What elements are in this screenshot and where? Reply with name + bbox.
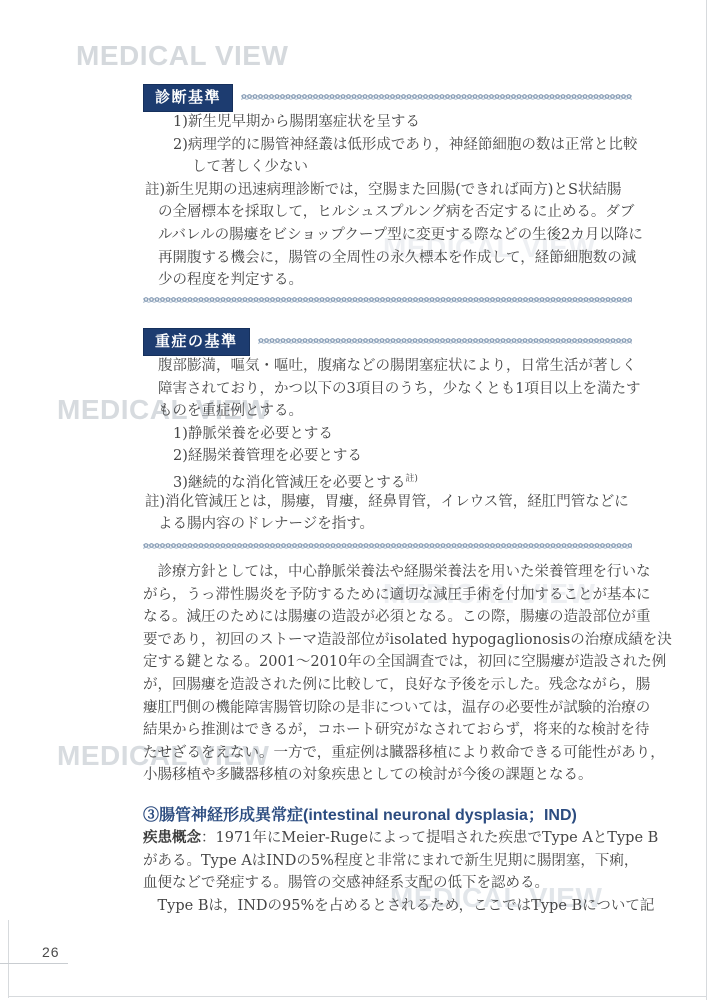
paragraph-line: 小腸移植や多臓器移植の対象疾患としての検討が今後の課題となる。 (143, 764, 643, 787)
criteria-note-line: ルバレルの腸瘻をビショップクープ型に変更する際などの生後2カ月以降に (143, 224, 643, 247)
page-edge-bottom (8, 996, 707, 997)
paragraph-line: がら，うっ滞性腸炎を予防するために適切な減圧手術を付加することが基本に (143, 584, 643, 607)
paragraph-line: なる。減圧のためには腸瘻の造設が必須となる。この際，腸瘻の造設部位が重 (143, 606, 643, 629)
criteria-note-line: 少の程度を判定する。 (143, 269, 643, 292)
diagnostic-criteria-text: 1)新生児早期から腸閉塞症状を呈する 2)病理学的に腸管神経叢は低形成であり，神… (143, 111, 643, 292)
paragraph-line-text: ：1971年にMeier-Rugeによって提唱された疾患でType AとType… (201, 830, 658, 846)
footnote-marker: 註) (405, 474, 418, 484)
chain-divider (143, 542, 632, 549)
criteria-line: 1)静脈栄養を必要とする (143, 423, 643, 446)
chain-divider (241, 93, 632, 100)
criteria-line-text: 3)継続的な消化管減圧を必要とする (173, 475, 405, 491)
paragraph-line: 疾患概念：1971年にMeier-Rugeによって提唱された疾患でType Aと… (143, 827, 643, 850)
paragraph-line: 定する鍵となる。2001～2010年の全国調査では，初回に空腸瘻が造設された例 (143, 651, 643, 674)
page-number-rule (0, 963, 68, 964)
severity-criteria-text: 腹部膨満，嘔気・嘔吐，腹痛などの腸閉塞症状により，日常生活が著しく 障害されてお… (143, 355, 643, 536)
paragraph-line: 血便などで発症する。腸管の交感神経系支配の低下を認める。 (143, 872, 643, 895)
paragraph-line: 瘻肛門側の機能障害腸管切除の是非については，温存の必要性が試験的治療の (143, 697, 643, 720)
medicalview-watermark: MEDICAL VIEW (76, 40, 288, 72)
criteria-note-line: 再開腹する機会に，腸管の全周性の永久標本を作成して，経節細胞数の減 (143, 247, 643, 270)
criteria-note-line: の全層標本を採取して，ヒルシュスプルング病を否定するに止める。ダブ (143, 201, 643, 224)
criteria-line: 腹部膨満，嘔気・嘔吐，腹痛などの腸閉塞症状により，日常生活が著しく (143, 355, 643, 378)
disease-concept-label: 疾患概念 (143, 830, 201, 846)
criteria-line: 2)病理学的に腸管神経叢は低形成であり，神経節細胞の数は正常と比較 (143, 134, 643, 157)
criteria-note-line: 註)新生児期の迅速病理診断では，空腸また回腸(できれば両方)とS状結腸 (143, 179, 643, 202)
criteria-note-line: 註)消化管減圧とは，腸瘻，胃瘻，経鼻胃管，イレウス管，経肛門管などに (143, 491, 643, 514)
criteria-line: 2)経腸栄養管理を必要とする (143, 445, 643, 468)
page-edge-right (706, 0, 707, 1000)
criteria-line: 3)継続的な消化管減圧を必要とする註) (143, 468, 643, 491)
section-badge-diagnostic-criteria: 診断基準 (143, 84, 233, 112)
chain-divider (143, 296, 632, 303)
paragraph-line: Type Bは，INDの95%を占めるとされるため，ここではType Bについて… (143, 895, 643, 918)
ind-section-heading: ③腸管神経形成異常症(intestinal neuronal dysplasia… (143, 804, 577, 828)
paragraph-line: が，回腸瘻を造設された例に比較して，良好な予後を示した。残念ながら，腸 (143, 674, 643, 697)
criteria-line: 1)新生児早期から腸閉塞症状を呈する (143, 111, 643, 134)
criteria-line: して著しく少ない (143, 156, 643, 179)
treatment-policy-paragraph: 診療方針としては，中心静脈栄養法や経腸栄養法を用いた栄養管理を行いな がら，うっ… (143, 561, 643, 787)
page-edge-left (8, 920, 9, 998)
criteria-note-line: よる腸内容のドレナージを指す。 (143, 513, 643, 536)
paragraph-line: がある。Type AはINDの5%程度と非常にまれで新生児期に腸閉塞，下痢， (143, 850, 643, 873)
paragraph-line: 診療方針としては，中心静脈栄養法や経腸栄養法を用いた栄養管理を行いな (143, 561, 643, 584)
paragraph-line: 結果から推測はできるが，コホート研究がなされておらず，将来的な検討を待 (143, 719, 643, 742)
section-badge-severity-criteria: 重症の基準 (143, 328, 250, 356)
criteria-line: ものを重症例とする。 (143, 400, 643, 423)
page-number: 26 (42, 944, 60, 960)
paragraph-line: たせざるをえない。一方で，重症例は臓器移植により救命できる可能性があり， (143, 742, 643, 765)
ind-section-text: 疾患概念：1971年にMeier-Rugeによって提唱された疾患でType Aと… (143, 827, 643, 917)
book-page: MEDICAL VIEW MEDICAL VIEW MEDICAL VIEW M… (0, 0, 708, 1000)
chain-divider (258, 337, 632, 344)
criteria-line: 障害されており，かつ以下の3項目のうち，少なくとも1項目以上を満たす (143, 378, 643, 401)
paragraph-line: 要であり，初回のストーマ造設部位がisolated hypogaglionosi… (143, 629, 643, 652)
